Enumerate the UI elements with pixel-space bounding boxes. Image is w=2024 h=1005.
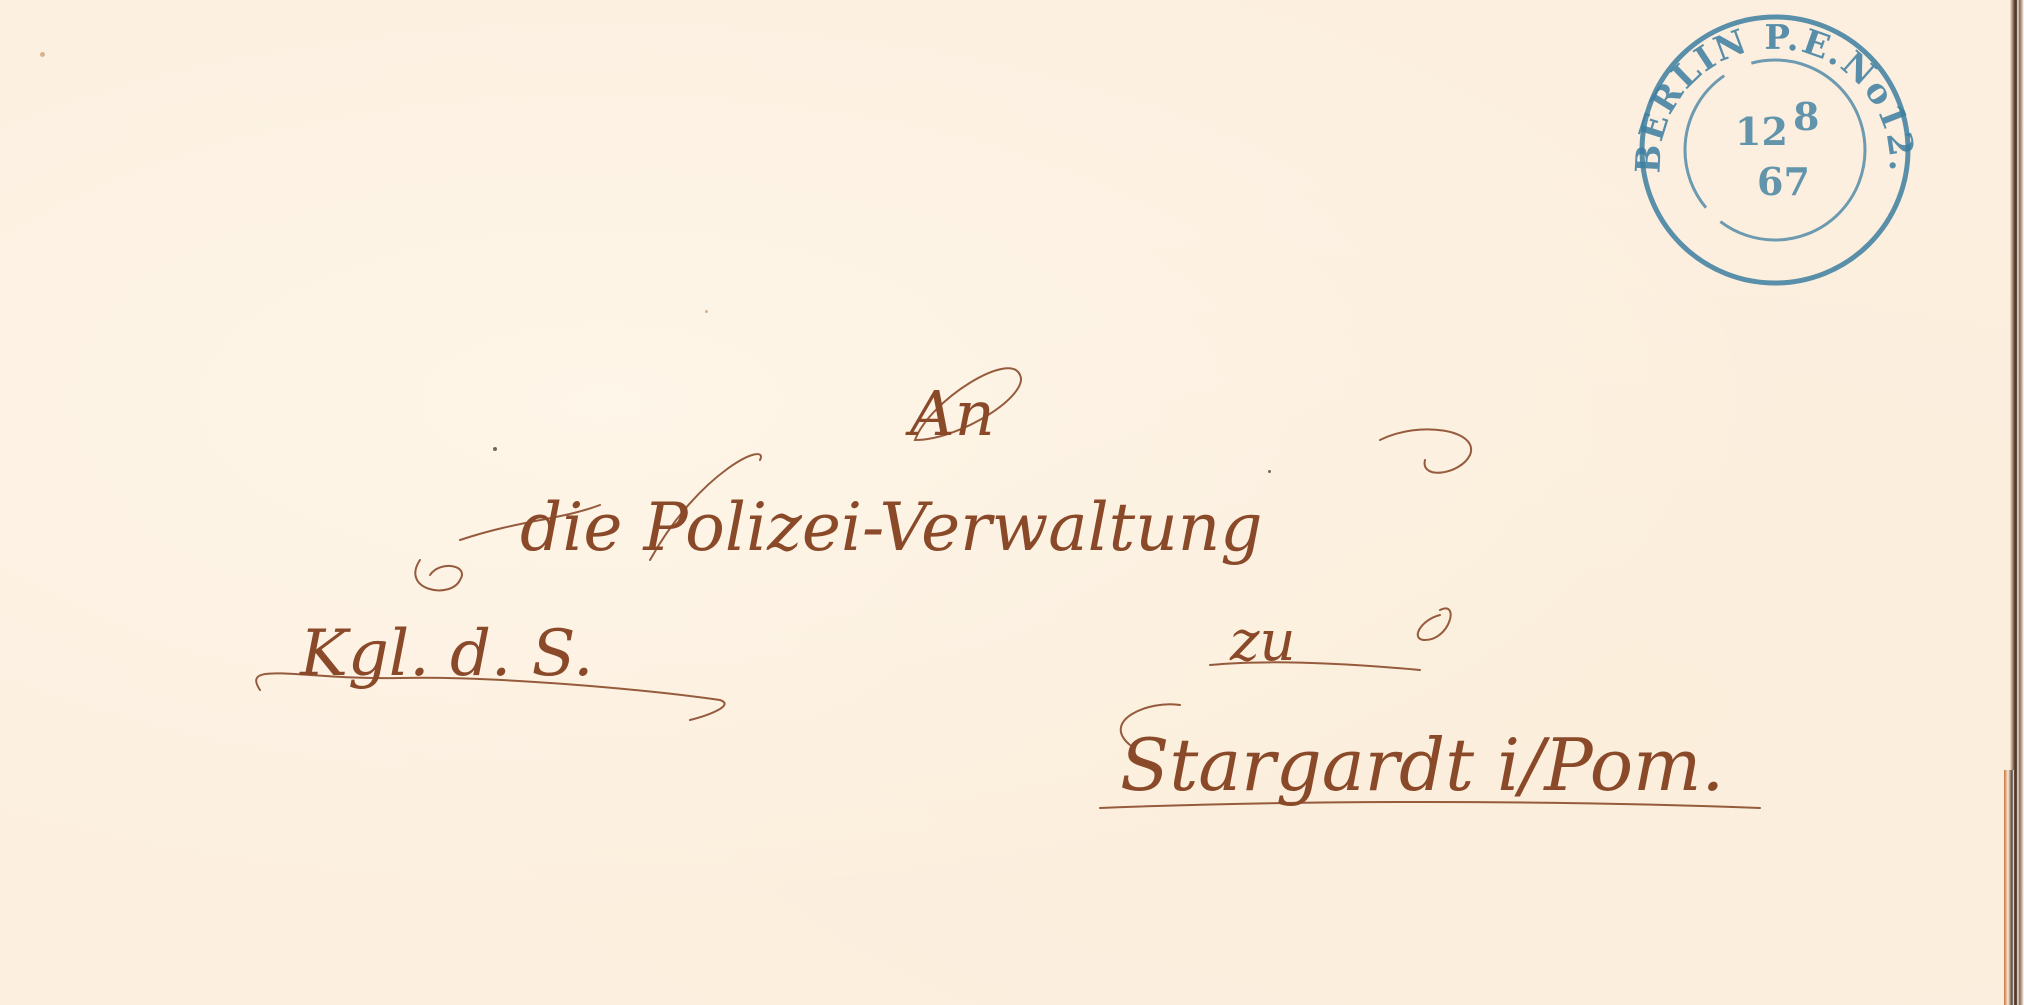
address-line-city: Stargardt i/Pom. [1120,723,1724,807]
address-line-recipient: die Polizei-Verwaltung [520,489,1262,566]
envelope: BERLIN P.E.No12. 12 8 67 An die Polizei-… [0,0,2012,1005]
sender-note: Kgl. d. S. [299,617,594,691]
postmark-day: 12 [1735,109,1788,154]
postmark-year: 67 [1757,159,1810,204]
address-line-zu: zu [1229,609,1296,674]
ink-layer: BERLIN P.E.No12. 12 8 67 An die Polizei-… [0,0,2012,1005]
address-line-an: An [905,377,995,450]
envelope-flap-edge [2004,770,2014,1005]
postmark: BERLIN P.E.No12. 12 8 67 [1628,17,1921,283]
postmark-month: 8 [1793,94,1819,139]
